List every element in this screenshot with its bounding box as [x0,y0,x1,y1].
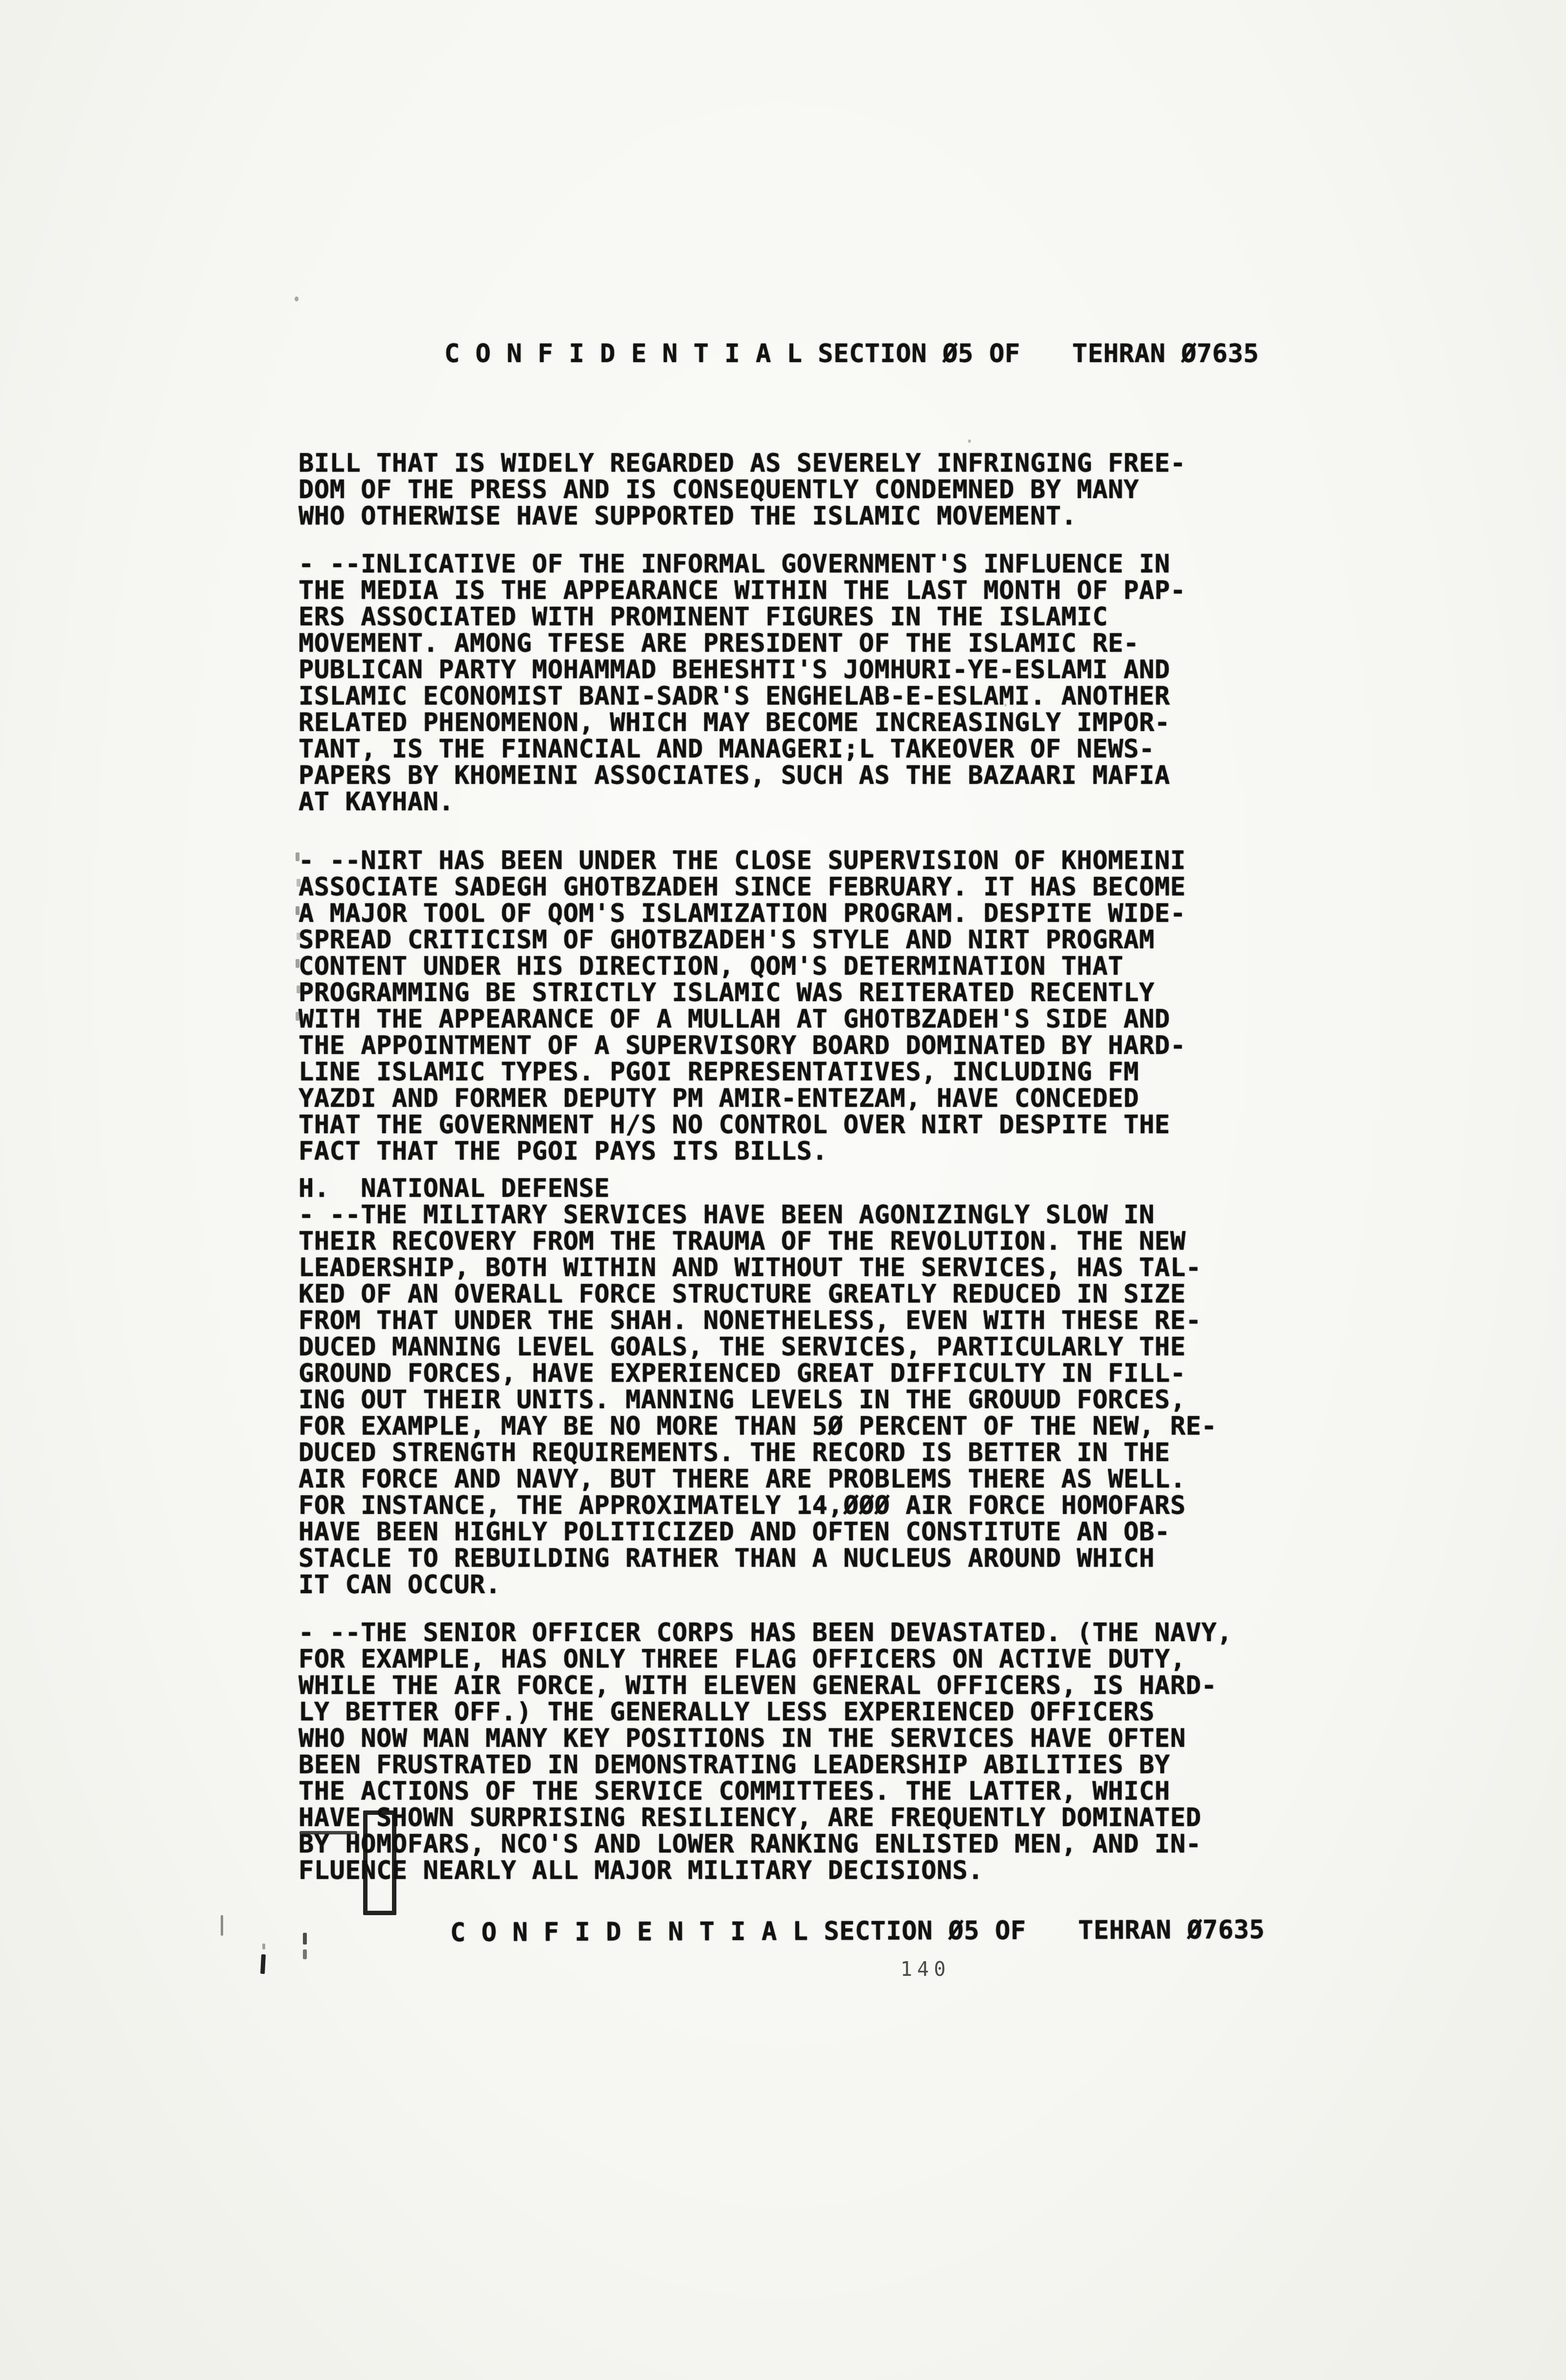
document-line: TANT, IS THE FINANCIAL AND MANAGERI;L TA… [299,736,1186,762]
paragraph-press-bill: BILL THAT IS WIDELY REGARDED AS SEVERELY… [299,450,1186,529]
document-line: KED OF AN OVERALL FORCE STRUCTURE GREATL… [299,1281,1217,1307]
cable-reference-header: TEHRAN Ø7635 [1072,341,1259,367]
paragraph-national-defense: H. NATIONAL DEFENSE - --THE MILITARY SER… [299,1175,1217,1598]
pen-underline-mark [299,1831,357,1834]
document-line: PUBLICAN PARTY MOHAMMAD BEHESHTI'S JOMHU… [299,657,1186,683]
document-line: - --THE MILITARY SERVICES HAVE BEEN AGON… [299,1202,1217,1228]
document-line: ERS ASSOCIATED WITH PROMINENT FIGURES IN… [299,604,1186,630]
document-line: PAPERS BY KHOMEINI ASSOCIATES, SUCH AS T… [299,762,1186,789]
document-line: - --NIRT HAS BEEN UNDER THE CLOSE SUPERV… [299,847,1186,874]
scan-speck [295,297,299,301]
document-line: DUCED MANNING LEVEL GOALS, THE SERVICES,… [299,1334,1217,1360]
document-line: LY BETTER OFF.) THE GENERALLY LESS EXPER… [299,1699,1232,1725]
document-line: WHO NOW MAN MANY KEY POSITIONS IN THE SE… [299,1725,1232,1752]
document-line: CONTENT UNDER HIS DIRECTION, QOM'S DETER… [299,953,1186,980]
page-number: 140 [900,1958,950,1981]
document-line: ASSOCIATE SADEGH GHOTBZADEH SINCE FEBRUA… [299,874,1186,900]
document-line: BY HOMOFARS, NCO'S AND LOWER RANKING ENL… [299,1831,1232,1857]
document-line: FOR EXAMPLE, HAS ONLY THREE FLAG OFFICER… [299,1646,1232,1672]
document-line: YAZDI AND FORMER DEPUTY PM AMIR-ENTEZAM,… [299,1085,1186,1112]
document-line: DOM OF THE PRESS AND IS CONSEQUENTLY CON… [299,477,1186,503]
document-line: WHILE THE AIR FORCE, WITH ELEVEN GENERAL… [299,1672,1232,1699]
document-line: THE MEDIA IS THE APPEARANCE WITHIN THE L… [299,577,1186,604]
classification-header-text: C O N F I D E N T I A L SECTION Ø5 OF [444,341,1020,367]
scanned-cable-page: C O N F I D E N T I A L SECTION Ø5 OF TE… [0,0,1566,2380]
margin-tick-mark [297,879,300,887]
document-line: AIR FORCE AND NAVY, BUT THERE ARE PROBLE… [299,1466,1217,1492]
document-line: IT CAN OCCUR. [299,1572,1217,1598]
paragraph-senior-officer-corps: - --THE SENIOR OFFICER CORPS HAS BEEN DE… [299,1620,1232,1884]
document-line: ISLAMIC ECONOMIST BANI-SADR'S ENGHELAB-E… [299,683,1186,709]
document-line: ING OUT THEIR UNITS. MANNING LEVELS IN T… [299,1387,1217,1413]
pen-tick-mark [303,1933,307,1945]
document-line: DUCED STRENGTH REQUIREMENTS. THE RECORD … [299,1440,1217,1466]
document-line: THE ACTIONS OF THE SERVICE COMMITTEES. T… [299,1778,1232,1805]
classification-footer-text: C O N F I D E N T I A L SECTION Ø5 OF [450,1918,1026,1946]
document-line: AT KAYHAN. [299,789,1186,815]
classification-header: C O N F I D E N T I A L SECTION Ø5 OF TE… [444,341,1259,367]
document-line: HAVE BEEN HIGHLY POLITICIZED AND OFTEN C… [299,1519,1217,1545]
document-line: PROGRAMMING BE STRICTLY ISLAMIC WAS REIT… [299,980,1186,1006]
document-line: THE APPOINTMENT OF A SUPERVISORY BOARD D… [299,1032,1186,1059]
classification-footer: C O N F I D E N T I A L SECTION Ø5 OF TE… [450,1917,1265,1946]
document-line: THEIR RECOVERY FROM THE TRAUMA OF THE RE… [299,1228,1217,1255]
page-edge-artifact [221,1915,223,1936]
margin-tick-mark [296,959,299,968]
margin-tick-mark [296,906,299,915]
margin-tick-mark [296,1012,299,1021]
margin-tick-mark [296,852,299,861]
document-line: MOVEMENT. AMONG TFESE ARE PRESIDENT OF T… [299,630,1186,657]
cable-reference-footer: TEHRAN Ø7635 [1078,1917,1265,1944]
document-line: BEEN FRUSTRATED IN DEMONSTRATING LEADERS… [299,1752,1232,1778]
pen-tick-mark [303,1949,307,1959]
pen-box-annotation [363,1810,396,1915]
document-line: FOR EXAMPLE, MAY BE NO MORE THAN 5Ø PERC… [299,1413,1217,1440]
document-line: FLUENCE NEARLY ALL MAJOR MILITARY DECISI… [299,1857,1232,1884]
document-line: THAT THE GOVERNMENT H/S NO CONTROL OVER … [299,1112,1186,1138]
pen-tick-mark [260,1954,266,1974]
document-line: WHO OTHERWISE HAVE SUPPORTED THE ISLAMIC… [299,503,1186,529]
document-line: STACLE TO REBUILDING RATHER THAN A NUCLE… [299,1545,1217,1572]
document-line: LINE ISLAMIC TYPES. PGOI REPRESENTATIVES… [299,1059,1186,1085]
document-line: SPREAD CRITICISM OF GHOTBZADEH'S STYLE A… [299,927,1186,953]
document-line: - --THE SENIOR OFFICER CORPS HAS BEEN DE… [299,1620,1232,1646]
document-line: FACT THAT THE PGOI PAYS ITS BILLS. [299,1138,1186,1165]
section-heading: H. NATIONAL DEFENSE [299,1175,1217,1202]
document-line: - --INLICATIVE OF THE INFORMAL GOVERNMEN… [299,551,1186,577]
document-line: RELATED PHENOMENON, WHICH MAY BECOME INC… [299,709,1186,736]
document-line: BILL THAT IS WIDELY REGARDED AS SEVERELY… [299,450,1186,477]
document-line: WITH THE APPEARANCE OF A MULLAH AT GHOTB… [299,1006,1186,1032]
document-line: HAVE SHOWN SURPRISING RESILIENCY, ARE FR… [299,1805,1232,1831]
pen-tick-mark [262,1944,265,1949]
paragraph-informal-government-media: - --INLICATIVE OF THE INFORMAL GOVERNMEN… [299,551,1186,815]
margin-tick-mark [297,985,300,993]
paragraph-nirt-supervision: - --NIRT HAS BEEN UNDER THE CLOSE SUPERV… [299,847,1186,1165]
document-line: FOR INSTANCE, THE APPROXIMATELY 14,ØØØ A… [299,1492,1217,1519]
document-line: A MAJOR TOOL OF QOM'S ISLAMIZATION PROGR… [299,900,1186,927]
scan-speck [968,439,971,443]
scan-speck [1004,704,1007,707]
document-line: GROUND FORCES, HAVE EXPERIENCED GREAT DI… [299,1360,1217,1387]
margin-tick-mark [297,933,300,940]
document-line: FROM THAT UNDER THE SHAH. NONETHELESS, E… [299,1307,1217,1334]
document-line: LEADERSHIP, BOTH WITHIN AND WITHOUT THE … [299,1255,1217,1281]
